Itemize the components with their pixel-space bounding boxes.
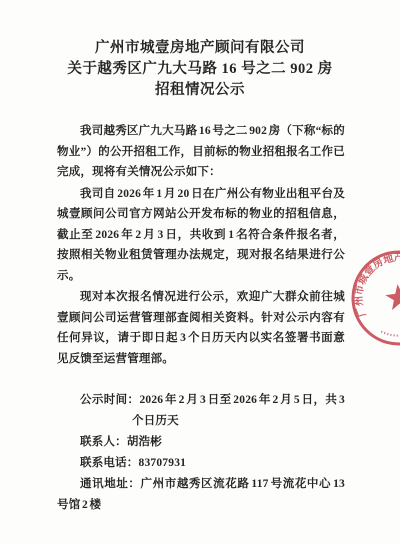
contact-phone-label: 联系电话：	[80, 457, 139, 469]
contact-phone-line: 联系电话：83707931	[57, 453, 345, 474]
paragraph-objection-notice: 现对本次报名情况进行公示，欢迎广大群众前往城壹顾问公司运营管理部查阅相关资料。针…	[57, 287, 345, 369]
publicity-period-label: 公示时间：	[80, 394, 139, 406]
contact-phone-value: 83707931	[139, 457, 187, 469]
document-title: 广州市城壹房地产顾问有限公司 关于越秀区广九大马路 16 号之二 902 房 招…	[0, 0, 400, 101]
seal-star-icon	[384, 283, 400, 311]
title-line-property: 关于越秀区广九大马路 16 号之二 902 房	[0, 59, 400, 80]
title-line-subject: 招租情况公示	[0, 80, 400, 101]
publicity-period-value: 2026 年 2 月 3 日至 2026 年 2 月 5 日，共 3 个日历天	[132, 394, 345, 427]
paragraph-intro: 我司越秀区广九大马路 16 号之二 902 房（下称“标的物业”）的公开招租工作…	[57, 121, 345, 183]
contact-person-line: 联系人：胡浩彬	[57, 432, 345, 453]
company-seal: 广州市城壹房地产顾问有限公司	[339, 238, 400, 359]
notice-document-page: 广州市城壹房地产顾问有限公司 关于越秀区广九大马路 16 号之二 902 房 招…	[0, 0, 400, 545]
contact-info-block: 公示时间：2026 年 2 月 3 日至 2026 年 2 月 5 日，共 3 …	[57, 390, 345, 516]
mailing-address-label: 通讯地址：	[80, 478, 141, 490]
paragraph-listing-result: 我司自 2026 年 1 月 20 日在广州公有物业出租平台及城壹顾问公司官方网…	[57, 184, 345, 287]
title-line-company: 广州市城壹房地产顾问有限公司	[0, 38, 400, 59]
publicity-period-line: 公示时间：2026 年 2 月 3 日至 2026 年 2 月 5 日，共 3 …	[57, 390, 345, 432]
document-body: 我司越秀区广九大马路 16 号之二 902 房（下称“标的物业”）的公开招租工作…	[57, 121, 345, 516]
mailing-address-line: 通讯地址：广州市越秀区流花路 117 号流花中心 13 号馆 2 楼	[57, 474, 345, 516]
contact-person-value: 胡浩彬	[127, 436, 162, 448]
contact-person-label: 联系人：	[80, 436, 127, 448]
seal-serial-marks	[381, 327, 400, 337]
